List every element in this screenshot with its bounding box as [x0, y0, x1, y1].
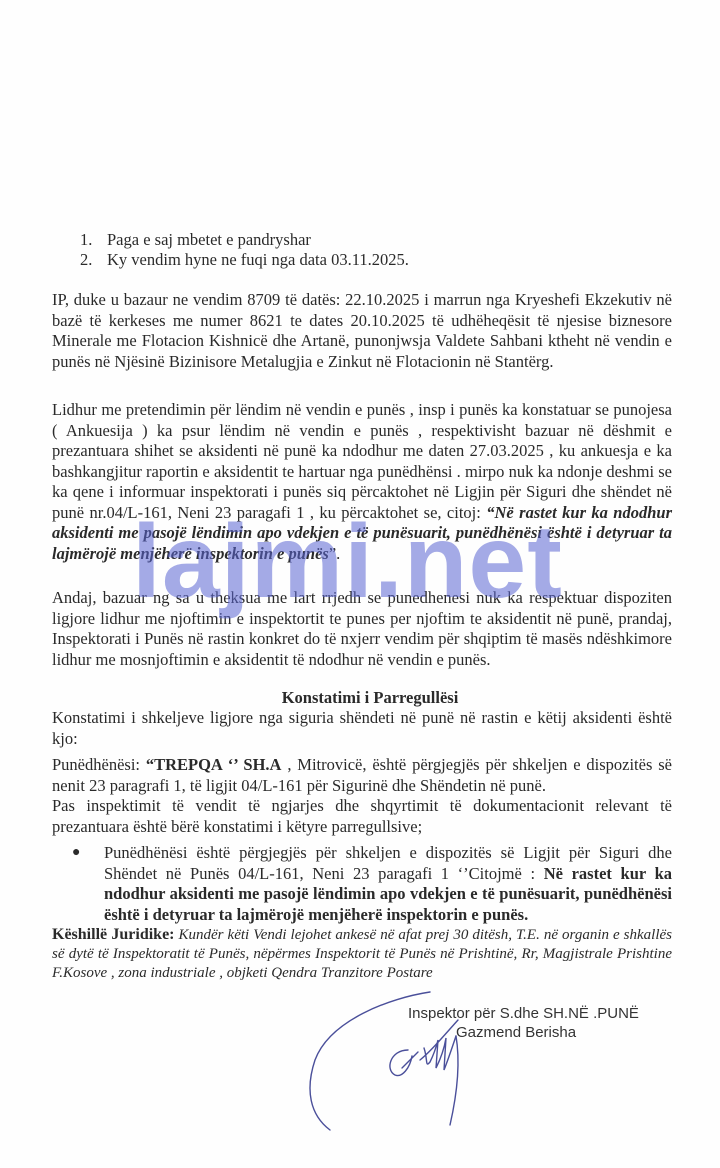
list-item: 2. Ky vendim hyne ne fuqi nga data 03.11… [80, 250, 409, 270]
list-item-text: Paga e saj mbetet e pandryshar [107, 230, 311, 250]
decision-list: 1. Paga e saj mbetet e pandryshar 2. Ky … [80, 230, 409, 270]
section-heading: Konstatimi i Parregullësi [0, 688, 720, 708]
paragraph-decision-basis: IP, duke u bazaur ne vendim 8709 të datë… [52, 290, 672, 372]
paragraph-conclusion: Andaj, bazuar ng sa u theksua me lart rr… [52, 588, 672, 670]
findings-intro: Konstatimi i shkeljeve ligjore nga sigur… [52, 708, 672, 749]
document-page: 1. Paga e saj mbetet e pandryshar 2. Ky … [0, 0, 720, 1168]
finding-bullet: ● Punëdhënësi është përgjegjës për shkel… [52, 843, 672, 925]
findings-section: Konstatimi i shkeljeve ligjore nga sigur… [52, 708, 672, 925]
inspection-text: Pas inspektimit të vendit të ngjarjes dh… [52, 796, 672, 837]
signatory-name: Gazmend Berisha [408, 1023, 639, 1042]
legal-advice: Këshillë Juridike: Kundër këti Vendi lej… [52, 925, 672, 983]
paragraph-injury-claim: Lidhur me pretendimin për lëndim në vend… [52, 400, 672, 564]
legal-advice-label: Këshillë Juridike: [52, 926, 175, 943]
employer-label: Punëdhënësi: [52, 755, 146, 774]
signature-block: Inspektor për S.dhe SH.NË .PUNË Gazmend … [408, 1004, 639, 1042]
list-item-number: 2. [80, 250, 107, 270]
law-quote-end: ”. [329, 544, 340, 563]
employer-name: “TREPQA ‘’ SH.A [146, 755, 282, 774]
list-item-number: 1. [80, 230, 107, 250]
list-item-text: Ky vendim hyne ne fuqi nga data 03.11.20… [107, 250, 409, 270]
signatory-title: Inspektor për S.dhe SH.NË .PUNË [408, 1004, 639, 1023]
employer-finding: Punëdhënësi: “TREPQA ‘’ SH.A , Mitrovicë… [52, 755, 672, 796]
list-item: 1. Paga e saj mbetet e pandryshar [80, 230, 409, 250]
bullet-icon: ● [72, 843, 104, 925]
